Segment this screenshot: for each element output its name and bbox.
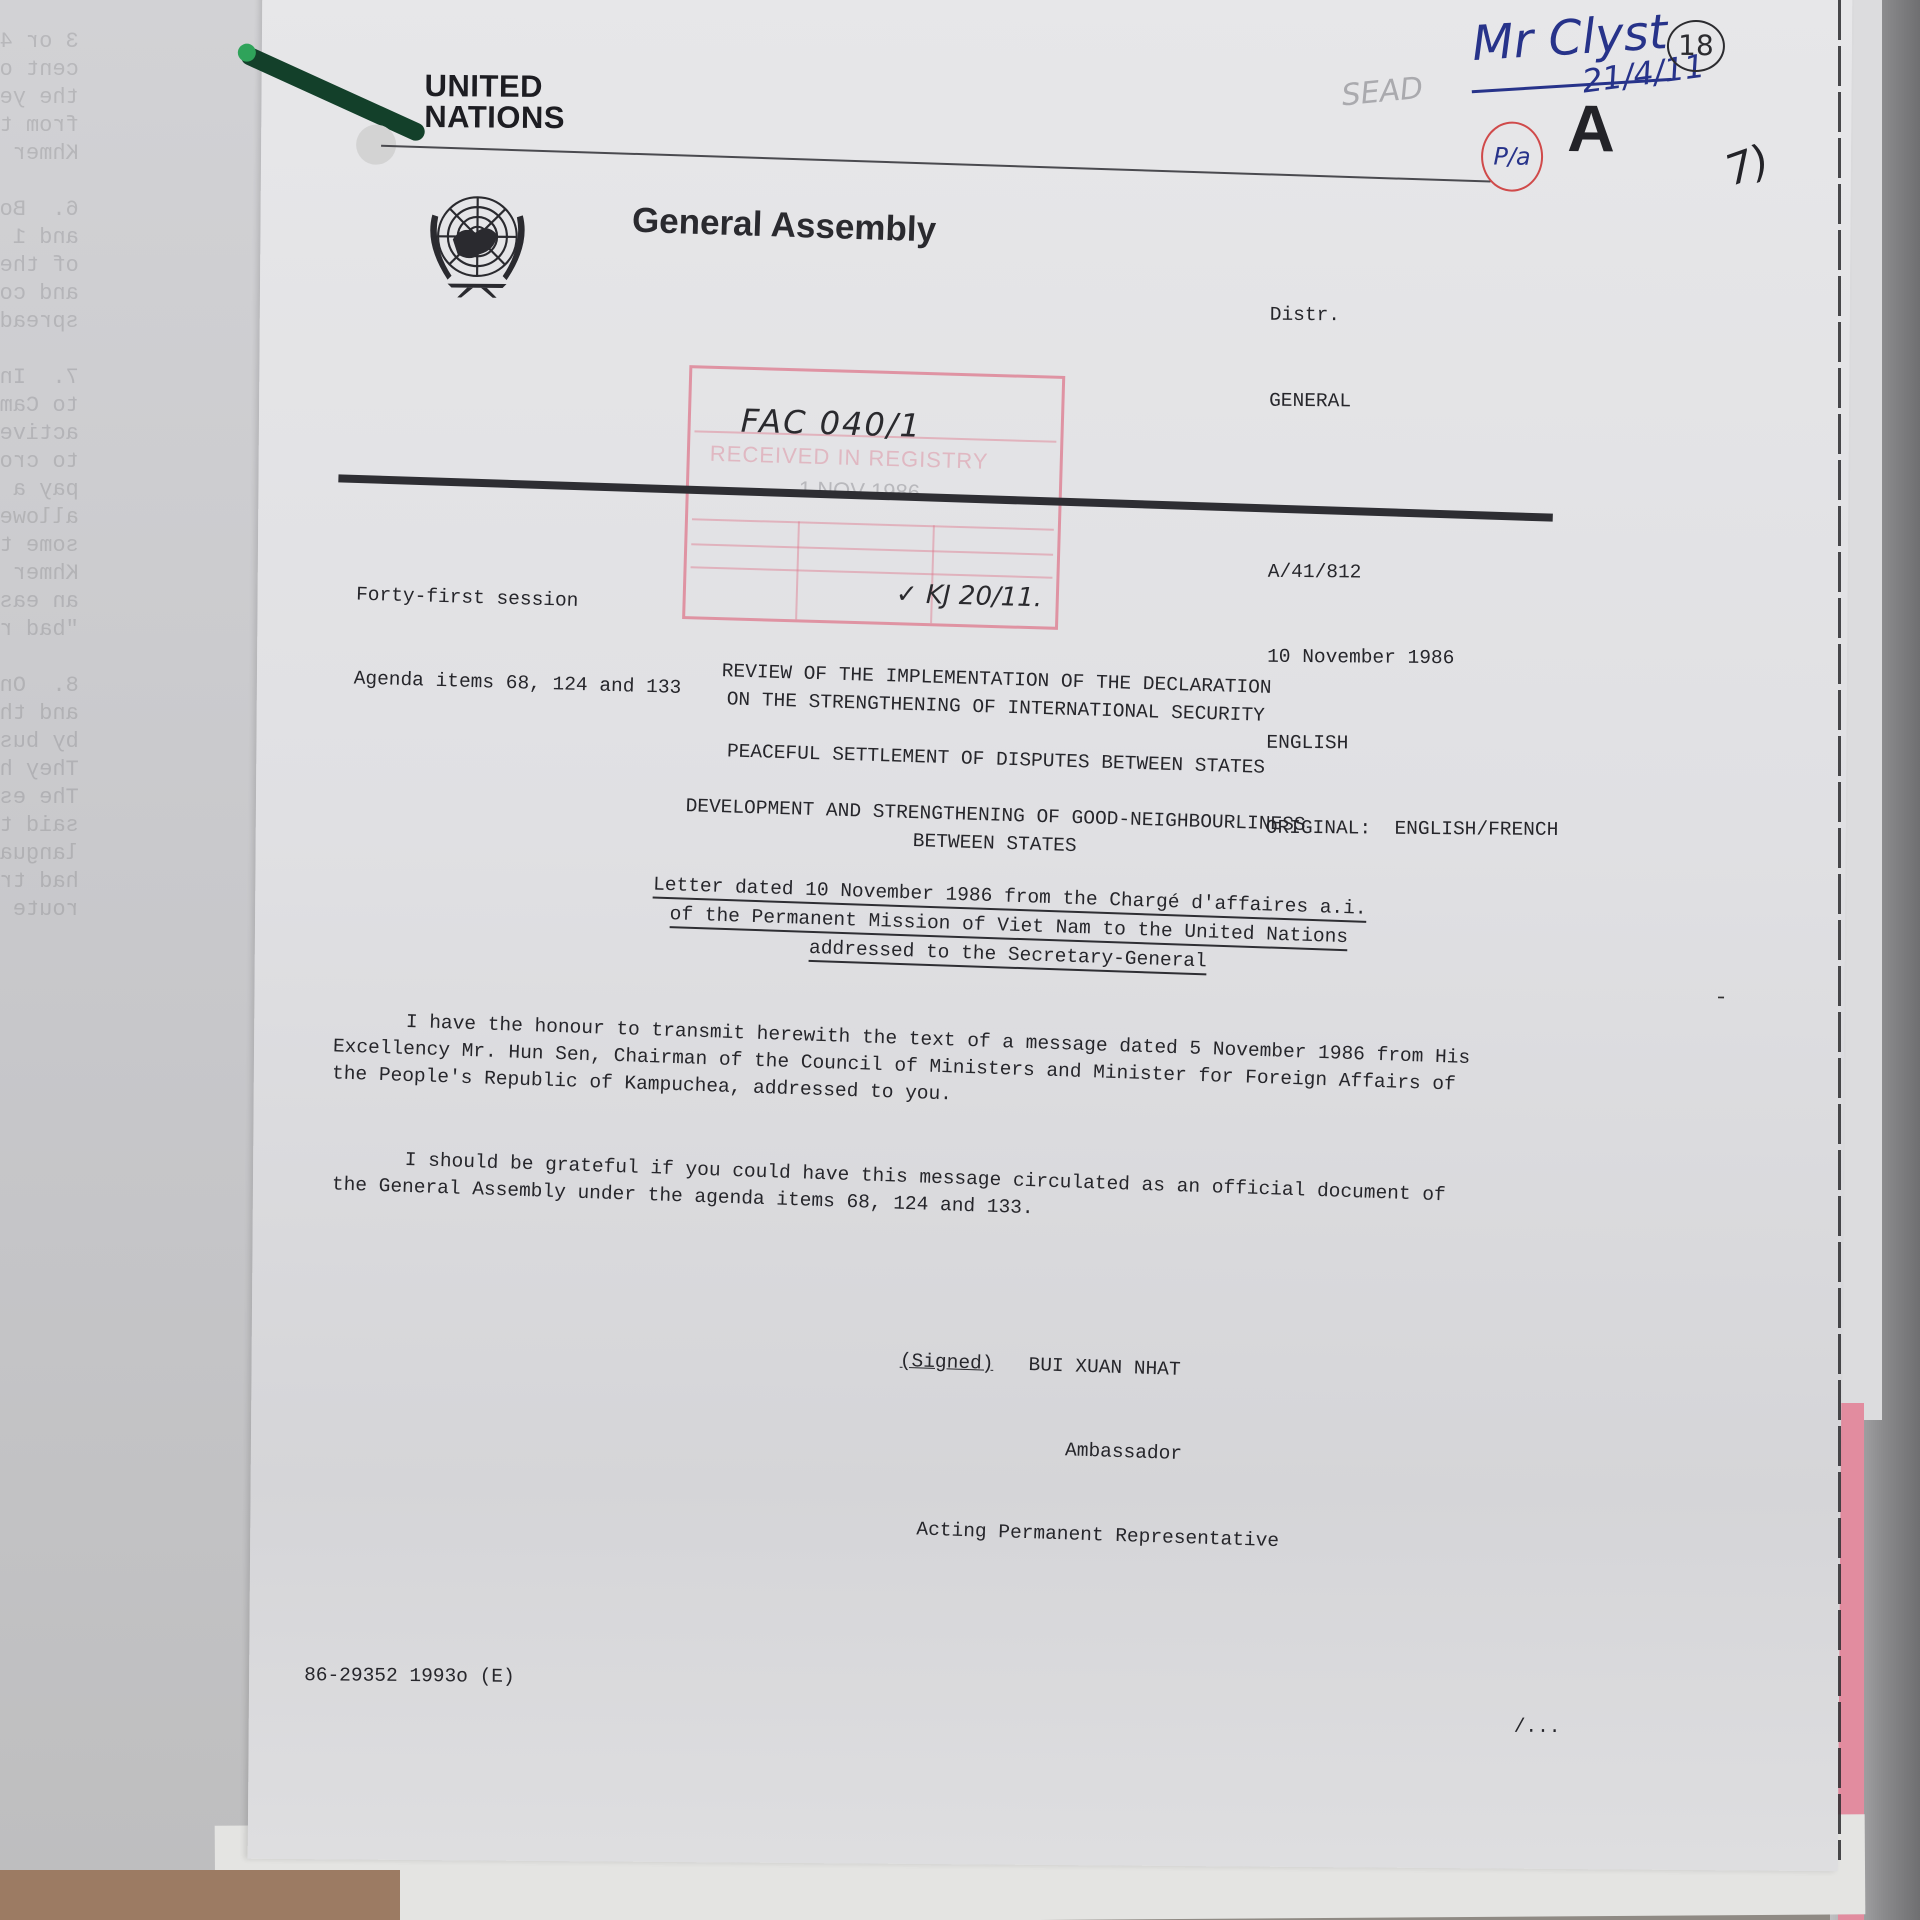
bleed-through-text: 3 or 4 months. cent of 50% of th the yea… [0, 0, 290, 1100]
session-block: Forty-first session Agenda items 68, 124… [352, 525, 686, 758]
job-number: 86-29352 1993o (E) [304, 1664, 515, 1688]
un-emblem-icon [418, 185, 537, 304]
document-page: UNITED NATIONS General Assembly Distr. G… [248, 0, 1853, 1871]
annotation-circled-pa: P/a [1481, 121, 1544, 191]
binding-thread-tip [238, 44, 256, 62]
annotation-letter-a: A [1567, 90, 1615, 166]
annotation-margin-dash: - [1714, 985, 1727, 1010]
stamp-handwritten-initials: ✓ KJ 20/11. [895, 579, 1042, 613]
distr-level: GENERAL [1269, 386, 1562, 417]
annotation-margin-mark: 7) [1719, 135, 1776, 196]
binding-thread [238, 44, 428, 143]
signature-block: (Signed) BUI XUAN NHAT Ambassador Acting… [892, 1291, 1287, 1611]
document-date: 10 November 1986 [1267, 643, 1560, 674]
header-rule [381, 145, 1490, 183]
distribution-block: Distr. GENERAL A/41/812 10 November 1986… [1265, 244, 1563, 902]
un-wordmark: UNITED NATIONS [424, 70, 565, 133]
signatory-title: Ambassador [897, 1431, 1282, 1471]
page-edge-line [1838, 0, 1841, 1860]
stamp-handwritten-ref: FAC 040/1 [740, 402, 922, 445]
distr-label: Distr. [1270, 301, 1563, 332]
session-line: Forty-first session [356, 581, 684, 618]
paragraph-text: I have the honour to transmit herewith t… [332, 1011, 1471, 1106]
org-line-2: NATIONS [424, 101, 565, 133]
signatory-name: BUI XUAN NHAT [1028, 1354, 1181, 1381]
document-symbol: A/41/812 [1268, 557, 1561, 588]
organ-title: General Assembly [631, 201, 936, 251]
annotation-sead: SEAD [1340, 71, 1425, 114]
desk-surface [0, 1870, 400, 1920]
paragraph-text: I should be grateful if you could have t… [332, 1149, 1447, 1219]
continued-marker: /... [1514, 1716, 1561, 1738]
signatory-role: Acting Permanent Representative [894, 1515, 1279, 1555]
annotation-circled-number: 18 [1667, 20, 1725, 72]
org-line-1: UNITED [424, 70, 565, 102]
stamp-label: RECEIVED IN REGISTRY [709, 441, 988, 475]
signed-label: (Signed) [900, 1350, 994, 1375]
body-paragraph-2: I should be grateful if you could have t… [331, 1144, 1482, 1237]
body-paragraph-1: I have the honour to transmit herewith t… [332, 1006, 1484, 1126]
